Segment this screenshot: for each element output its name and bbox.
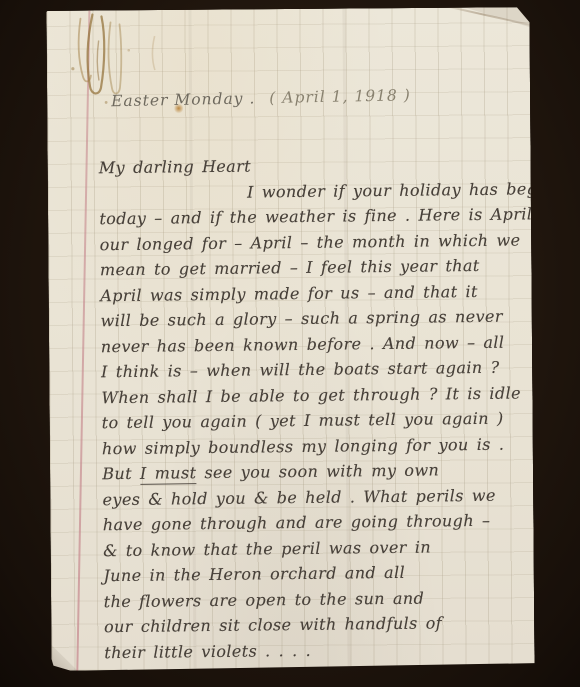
underlined-words: I must bbox=[140, 463, 197, 485]
emphasis-post: see you soon with my own bbox=[196, 460, 439, 482]
heading-day: Easter Monday . bbox=[111, 89, 256, 110]
photograph-background: Easter Monday .( April 1, 1918 ) My darl… bbox=[0, 0, 580, 687]
handwritten-line: have gone through and are going through … bbox=[103, 507, 541, 537]
folded-corner-shade bbox=[465, 7, 529, 28]
emphasis-pre: But bbox=[102, 464, 140, 483]
handwritten-line: their little violets . . . . bbox=[104, 635, 542, 665]
letter-body: My darling Heart I wonder if your holida… bbox=[99, 150, 543, 665]
heading-date: ( April 1, 1918 ) bbox=[269, 86, 411, 107]
dog-ear-fold bbox=[51, 645, 77, 671]
letter-page: Easter Monday .( April 1, 1918 ) My darl… bbox=[46, 7, 534, 671]
handwritten-line: how simply boundless my longing for you … bbox=[102, 431, 540, 461]
